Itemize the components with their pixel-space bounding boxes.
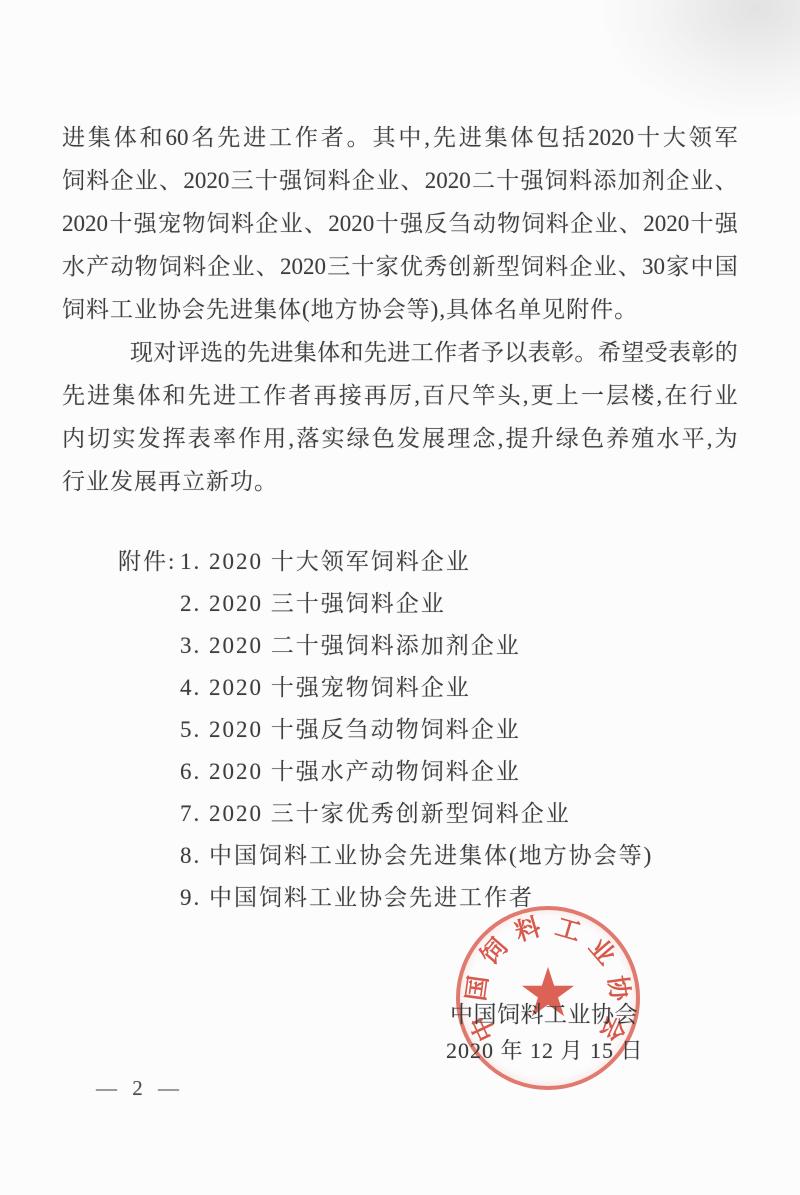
attachment-item: 1. 2020 十大领军饲料企业: [180, 538, 653, 580]
text-line: 内切实发挥表率作用,落实绿色发展理念,提升绿色养殖水平,为: [62, 417, 738, 460]
text-line: 行业发展再立新功。: [62, 460, 738, 503]
attachment-item: 8. 中国饲料工业协会先进集体(地方协会等): [180, 832, 653, 874]
attachment-list: 1. 2020 十大领军饲料企业2. 2020 三十强饲料企业3. 2020 二…: [180, 538, 653, 916]
text-line: 水产动物饲料企业、2020三十家优秀创新型饲料企业、30家中国: [62, 245, 738, 288]
text-line: 先进集体和先进工作者再接再厉,百尺竿头,更上一层楼,在行业: [62, 374, 738, 417]
attachment-item: 7. 2020 三十家优秀创新型饲料企业: [180, 790, 653, 832]
text-line: 进集体和60名先进工作者。其中,先进集体包括2020十大领军: [62, 116, 738, 159]
scan-smudge: [600, 0, 800, 120]
page-number: — 2 —: [96, 1076, 184, 1101]
attachment-item: 5. 2020 十强反刍动物饲料企业: [180, 706, 653, 748]
document-page: 进集体和60名先进工作者。其中,先进集体包括2020十大领军饲料企业、2020三…: [0, 0, 800, 1195]
attachment-item: 2. 2020 三十强饲料企业: [180, 580, 653, 622]
text-line: 现对评选的先进集体和先进工作者予以表彰。希望受表彰的: [62, 331, 738, 374]
text-line: 饲料企业、2020三十强饲料企业、2020二十强饲料添加剂企业、: [62, 159, 738, 202]
text-line: 饲料工业协会先进集体(地方协会等),具体名单见附件。: [62, 288, 738, 331]
attachment-item: 4. 2020 十强宠物饲料企业: [180, 664, 653, 706]
attachment-label: 附件:: [118, 538, 176, 580]
attachment-item: 6. 2020 十强水产动物饲料企业: [180, 748, 653, 790]
signature-org: 中国饲料工业协会: [450, 996, 638, 1029]
attachment-item: 3. 2020 二十强饲料添加剂企业: [180, 622, 653, 664]
signature-date: 2020 年 12 月 15 日: [446, 1034, 644, 1065]
text-line: 2020十强宠物饲料企业、2020十强反刍动物饲料企业、2020十强: [62, 202, 738, 245]
body-text: 进集体和60名先进工作者。其中,先进集体包括2020十大领军饲料企业、2020三…: [62, 116, 738, 503]
